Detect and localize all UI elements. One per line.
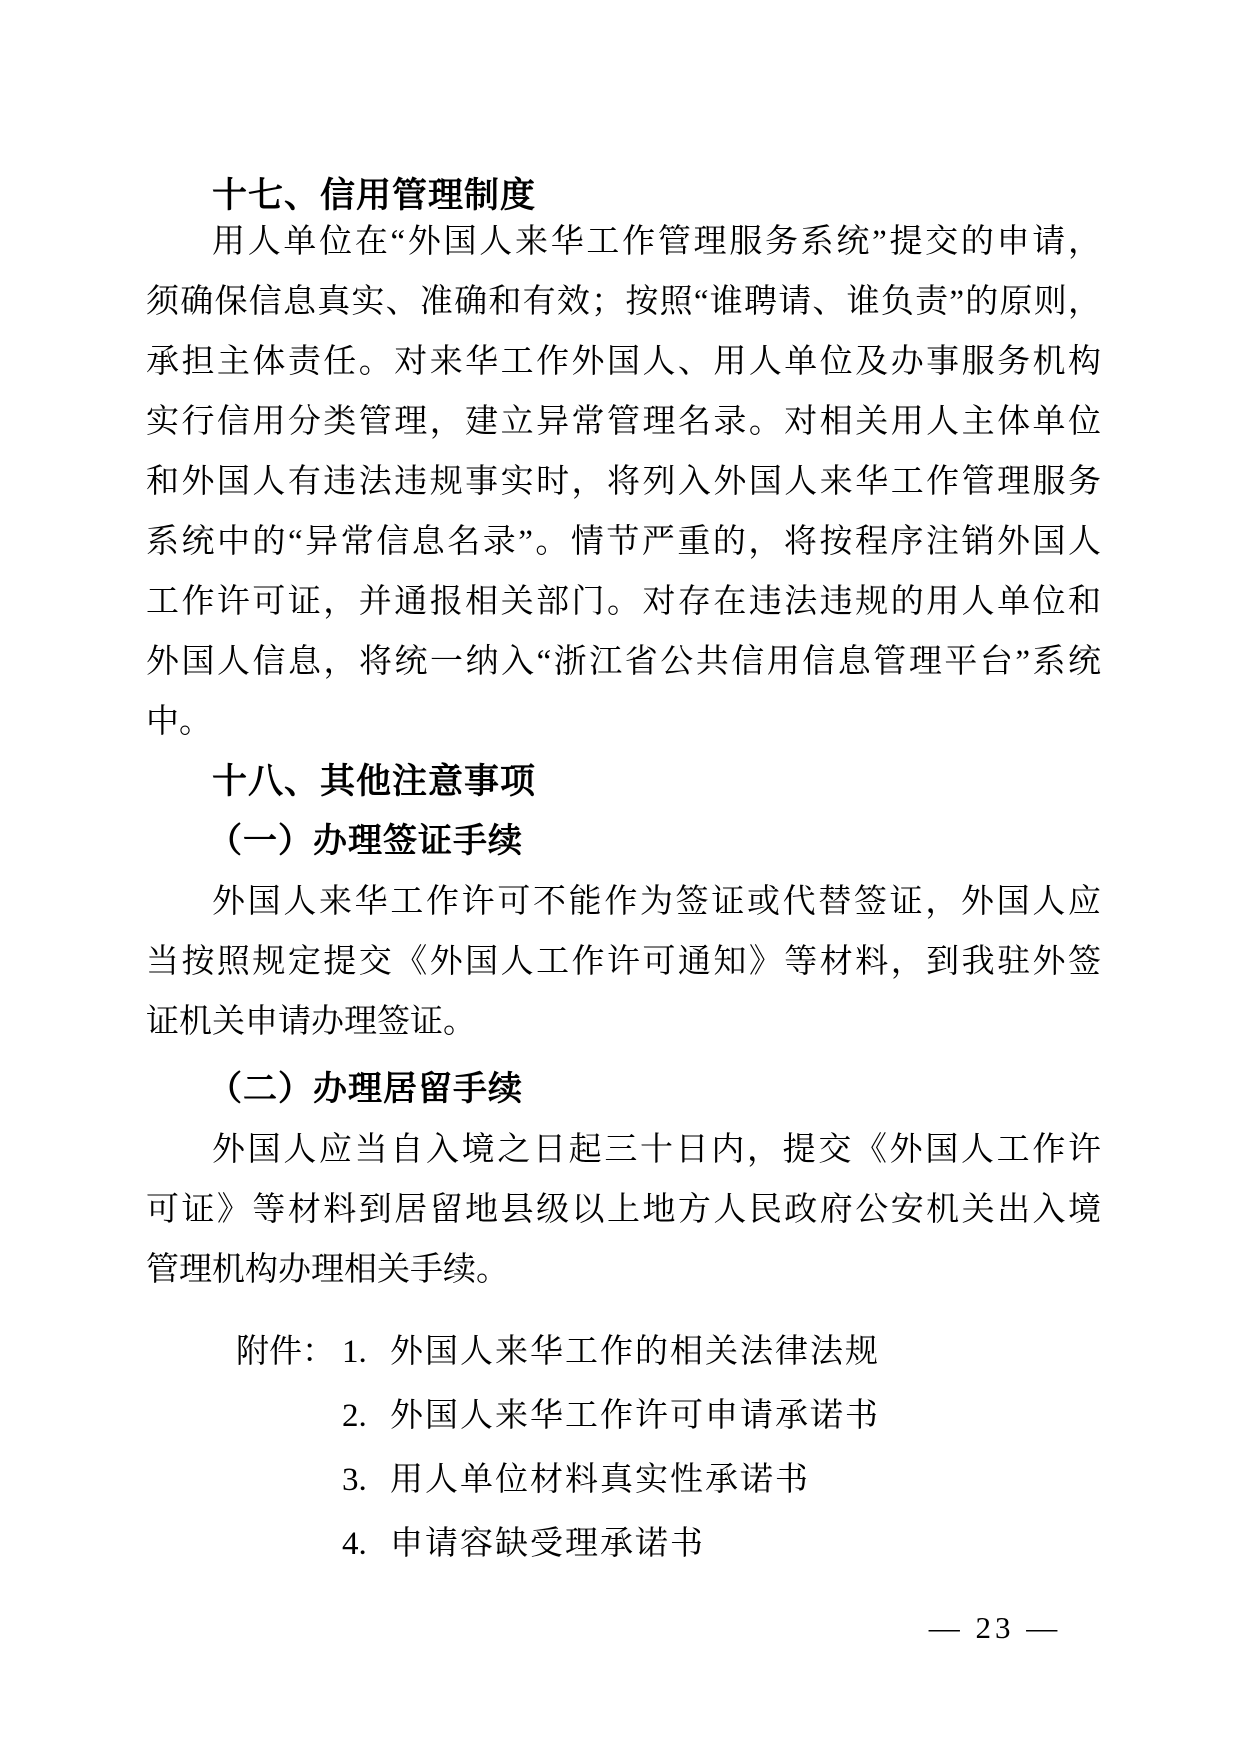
attachment-item: 2. 外国人来华工作许可申请承诺书 (236, 1384, 880, 1448)
paragraph-line: 管理机构办理相关手续。 (146, 1240, 1101, 1300)
attachment-number: 3. (342, 1448, 390, 1512)
paragraph-line: 用人单位在“外国人来华工作管理服务系统”提交的申请， (146, 212, 1101, 272)
paragraph-line: 证机关申请办理签证。 (146, 992, 1101, 1052)
attachment-title: 申请容缺受理承诺书 (390, 1512, 705, 1576)
attachment-title: 外国人来华工作许可申请承诺书 (390, 1384, 880, 1448)
attachment-item: 3. 用人单位材料真实性承诺书 (236, 1448, 880, 1512)
paragraph-line: 中。 (146, 692, 1101, 752)
paragraph-line: 须确保信息真实、准确和有效；按照“谁聘请、谁负责”的原则， (146, 272, 1101, 332)
paragraph-visa-procedure: 外国人来华工作许可不能作为签证或代替签证，外国人应 当按照规定提交《外国人工作许… (146, 872, 1101, 1052)
paragraph-line: 实行信用分类管理，建立异常管理名录。对相关用人主体单位 (146, 392, 1101, 452)
attachment-number: 2. (342, 1384, 390, 1448)
paragraph-residence-procedure: 外国人应当自入境之日起三十日内，提交《外国人工作许 可证》等材料到居留地县级以上… (146, 1120, 1101, 1300)
attachment-label: 附件： (236, 1320, 342, 1384)
paragraph-credit-management: 用人单位在“外国人来华工作管理服务系统”提交的申请， 须确保信息真实、准确和有效… (146, 212, 1101, 752)
subsection-heading-residence: （二）办理居留手续 (146, 1060, 523, 1120)
paragraph-line: 可证》等材料到居留地县级以上地方人民政府公安机关出入境 (146, 1180, 1101, 1240)
subsection-heading-visa: （一）办理签证手续 (146, 812, 523, 872)
attachment-number: 4. (342, 1512, 390, 1576)
document-page: 十七、信用管理制度 用人单位在“外国人来华工作管理服务系统”提交的申请， 须确保… (0, 0, 1241, 1755)
attachment-item: 4. 申请容缺受理承诺书 (236, 1512, 880, 1576)
paragraph-line: 承担主体责任。对来华工作外国人、用人单位及办事服务机构 (146, 332, 1101, 392)
attachment-number: 1. (342, 1320, 390, 1384)
paragraph-line: 外国人应当自入境之日起三十日内，提交《外国人工作许 (146, 1120, 1101, 1180)
attachment-list: 附件： 1. 外国人来华工作的相关法律法规 2. 外国人来华工作许可申请承诺书 … (236, 1320, 880, 1576)
page-number: — 23 — (880, 1606, 1110, 1650)
paragraph-line: 系统中的“异常信息名录”。情节严重的，将按程序注销外国人 (146, 512, 1101, 572)
paragraph-line: 当按照规定提交《外国人工作许可通知》等材料，到我驻外签 (146, 932, 1101, 992)
attachment-title: 用人单位材料真实性承诺书 (390, 1448, 810, 1512)
attachment-item: 附件： 1. 外国人来华工作的相关法律法规 (236, 1320, 880, 1384)
paragraph-line: 和外国人有违法违规事实时，将列入外国人来华工作管理服务 (146, 452, 1101, 512)
paragraph-line: 外国人信息，将统一纳入“浙江省公共信用信息管理平台”系统 (146, 632, 1101, 692)
section-heading-18: 十八、其他注意事项 (146, 752, 536, 812)
attachment-title: 外国人来华工作的相关法律法规 (390, 1320, 880, 1384)
paragraph-line: 工作许可证，并通报相关部门。对存在违法违规的用人单位和 (146, 572, 1101, 632)
paragraph-line: 外国人来华工作许可不能作为签证或代替签证，外国人应 (146, 872, 1101, 932)
